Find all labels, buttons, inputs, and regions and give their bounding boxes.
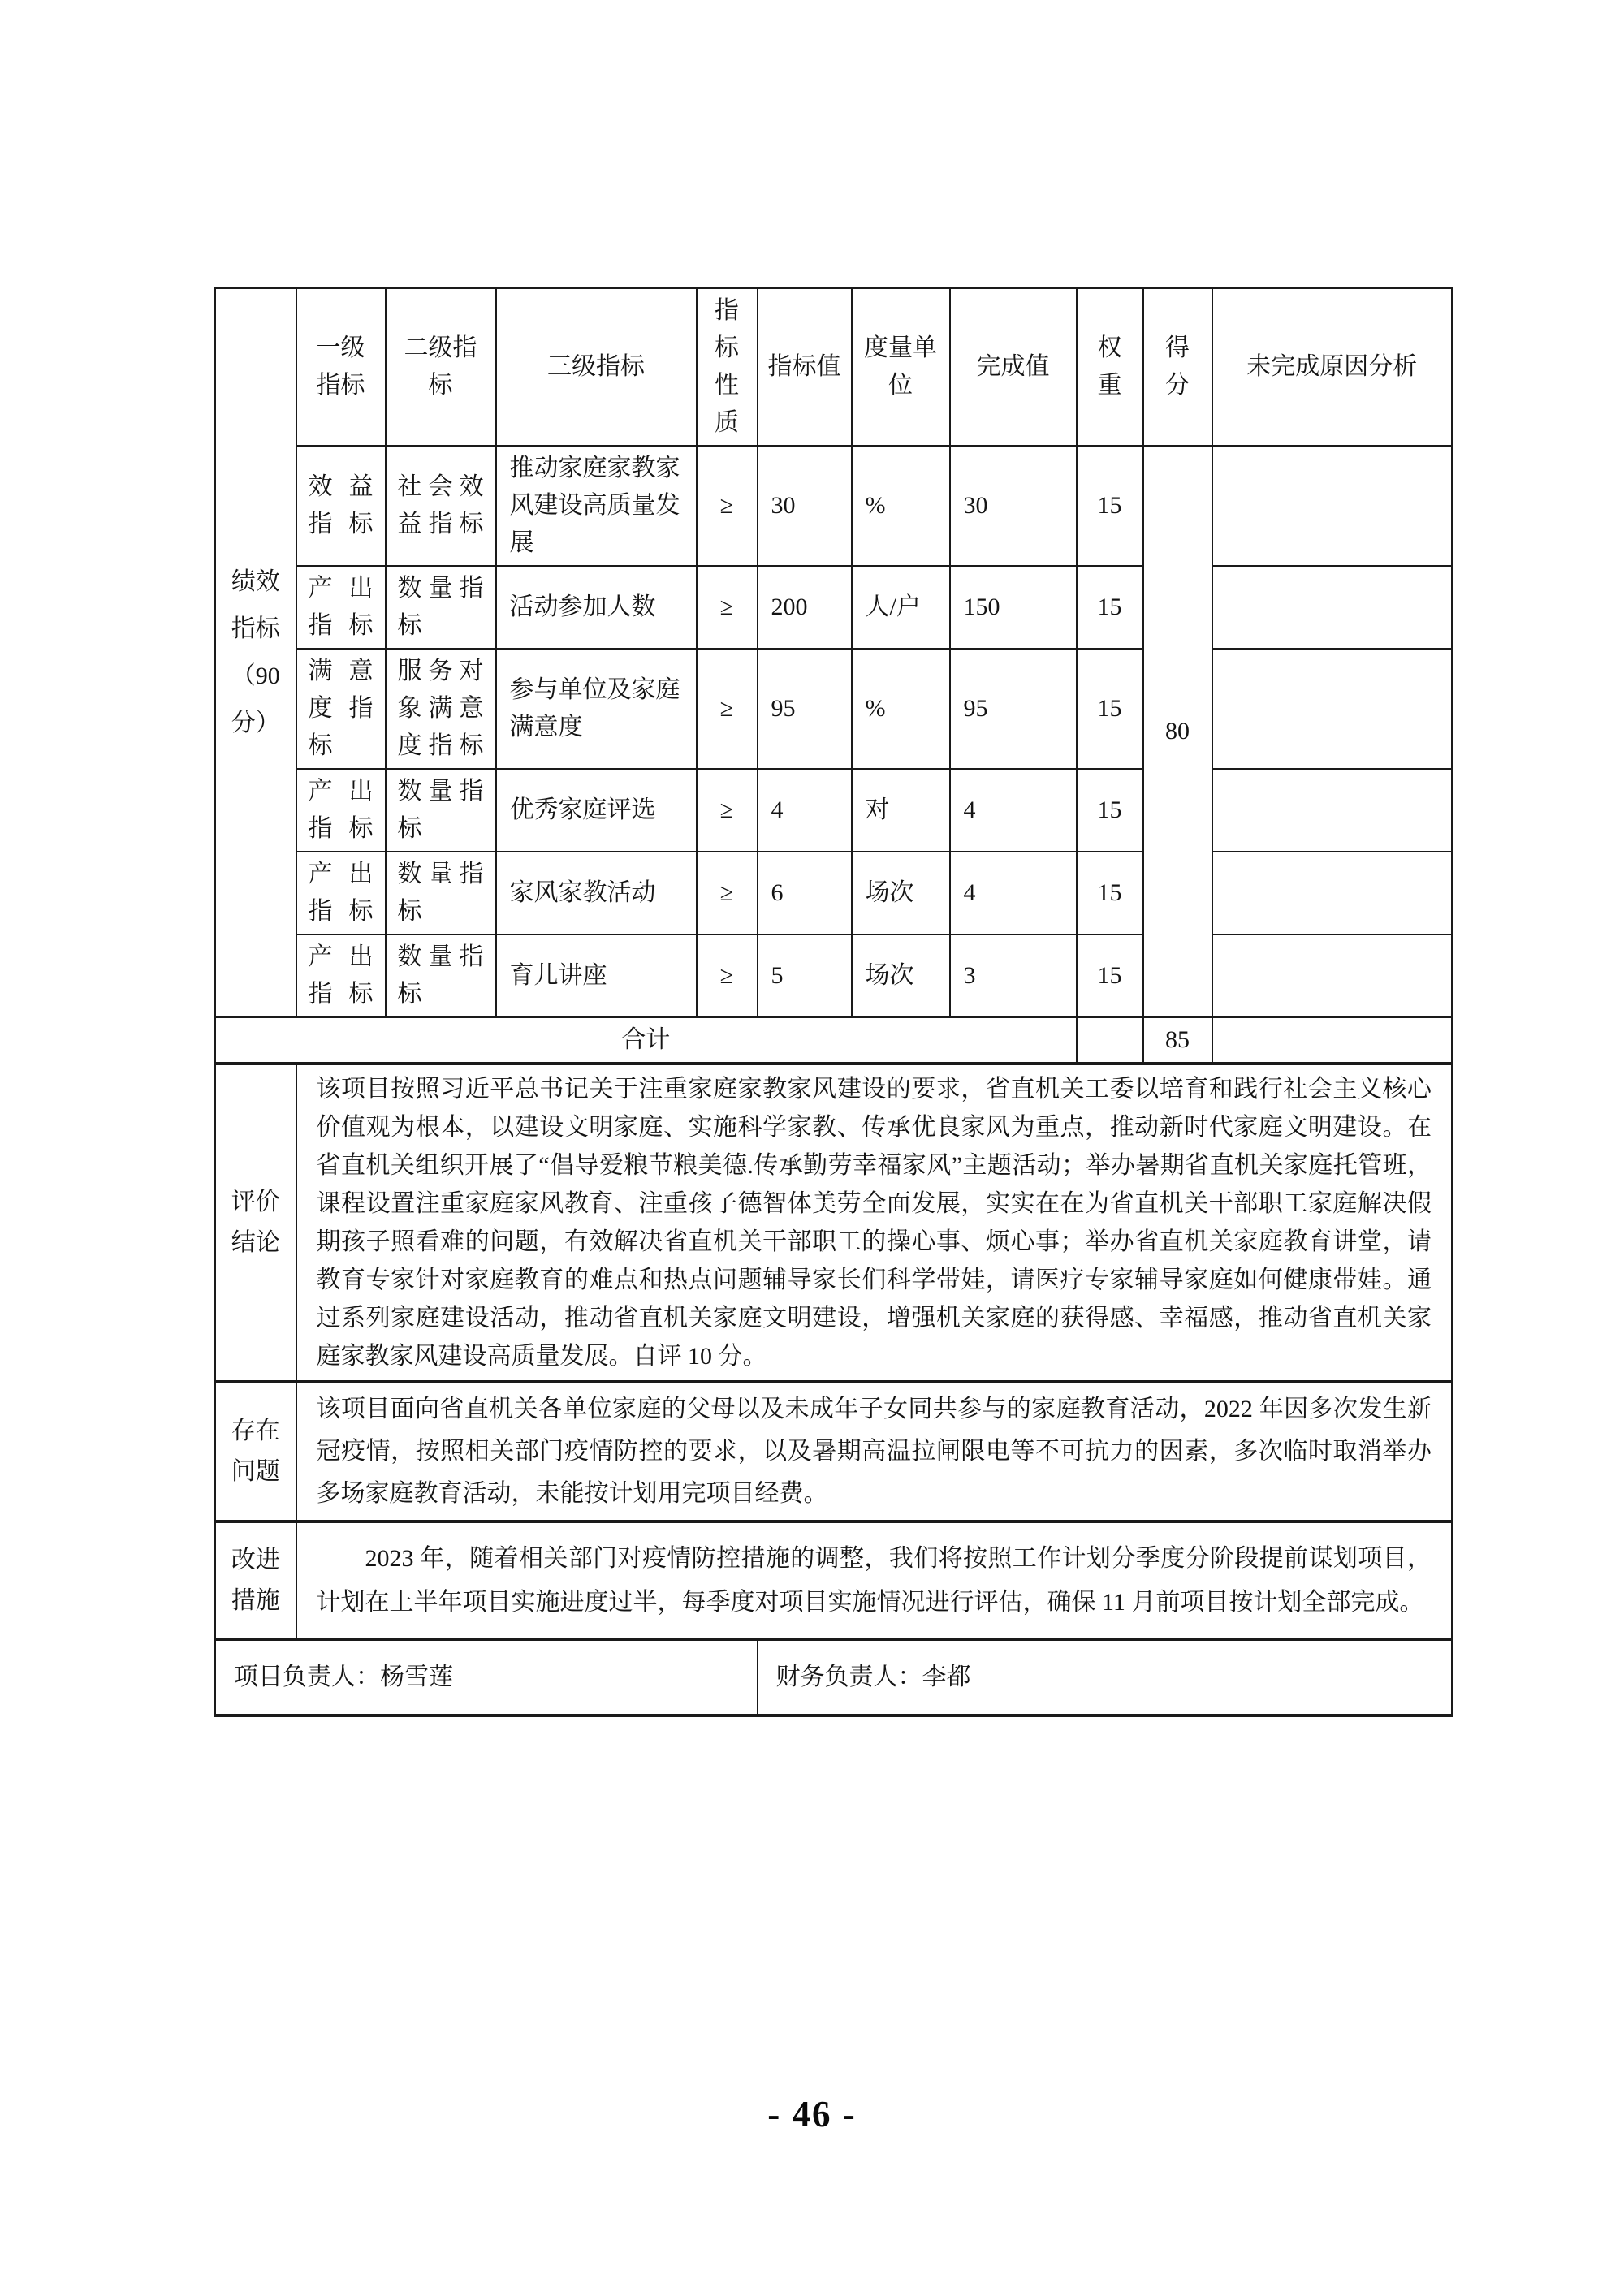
table-row: 产出指标 数量指标 家风家教活动 ≥ 6 场次 4 15 (215, 852, 1453, 934)
header-row: 绩效 指标 （90 分） 一级指标 二级指标 三级指标 指标性质 指标值 度量单… (215, 288, 1453, 447)
header-level2: 二级指标 (386, 288, 496, 447)
section-label: 改进措施 (215, 1521, 296, 1639)
cell-unit: % (852, 446, 950, 566)
cell-nature: ≥ (697, 566, 758, 649)
cell-weight: 15 (1077, 446, 1143, 566)
page-number: - 46 - (0, 2093, 1624, 2135)
cell-unfinished-reason-empty (1212, 566, 1453, 649)
cell-target: 95 (758, 649, 852, 769)
project-lead: 项目负责人：杨雪莲 (215, 1639, 758, 1716)
section-row-evaluation-conclusion: 评价结论 该项目按照习近平总书记关于注重家庭家教家风建设的要求，省直机关工委以培… (215, 1064, 1453, 1382)
cell-level2: 数量指标 (386, 934, 496, 1017)
header-level1: 一级指标 (296, 288, 386, 447)
cell-nature: ≥ (697, 934, 758, 1017)
section-row-improvement-measures: 改进措施 2023 年，随着相关部门对疫情防控措施的调整，我们将按照工作计划分季… (215, 1521, 1453, 1639)
cell-weight: 15 (1077, 852, 1143, 934)
cell-level1: 产出指标 (296, 852, 386, 934)
cell-actual: 4 (950, 769, 1077, 852)
cell-level2: 服务对象满意度指标 (386, 649, 496, 769)
cell-level3: 推动家庭家教家风建设高质量发展 (496, 446, 697, 566)
total-score: 85 (1143, 1017, 1212, 1064)
cell-unfinished-reason-empty (1212, 934, 1453, 1017)
cell-unit: 场次 (852, 852, 950, 934)
cell-weight: 15 (1077, 934, 1143, 1017)
cell-nature: ≥ (697, 649, 758, 769)
document-page: 绩效 指标 （90 分） 一级指标 二级指标 三级指标 指标性质 指标值 度量单… (0, 0, 1624, 2296)
section-text: 该项目按照习近平总书记关于注重家庭家教家风建设的要求，省直机关工委以培育和践行社… (296, 1064, 1453, 1382)
cell-nature: ≥ (697, 769, 758, 852)
cell-weight: 15 (1077, 769, 1143, 852)
table-row: 满意度指标 服务对象满意度指标 参与单位及家庭满意度 ≥ 95 % 95 15 (215, 649, 1453, 769)
cell-unit: 人/户 (852, 566, 950, 649)
cell-target: 4 (758, 769, 852, 852)
header-nature: 指标性质 (697, 288, 758, 447)
cell-level1: 产出指标 (296, 934, 386, 1017)
cell-level3: 优秀家庭评选 (496, 769, 697, 852)
header-weight: 权重 (1077, 288, 1143, 447)
cell-level2: 社会效益指标 (386, 446, 496, 566)
header-unit: 度量单位 (852, 288, 950, 447)
cell-nature: ≥ (697, 852, 758, 934)
cell-level2: 数量指标 (386, 852, 496, 934)
cell-unit: 场次 (852, 934, 950, 1017)
cell-unfinished-reason-empty (1212, 446, 1453, 566)
responsible-row: 项目负责人：杨雪莲 财务负责人：李都 (215, 1639, 1453, 1716)
cell-level2: 数量指标 (386, 566, 496, 649)
cell-unfinished-reason-empty (1212, 649, 1453, 769)
group-label-performance-indicators: 绩效 指标 （90 分） (215, 288, 296, 1018)
cell-level3: 参与单位及家庭满意度 (496, 649, 697, 769)
finance-lead: 财务负责人：李都 (758, 1639, 1453, 1716)
cell-unfinished-reason-empty (1212, 769, 1453, 852)
table-row: 产出指标 数量指标 优秀家庭评选 ≥ 4 对 4 15 (215, 769, 1453, 852)
cell-target: 5 (758, 934, 852, 1017)
cell-level1: 产出指标 (296, 769, 386, 852)
cell-score-merged: 80 (1143, 446, 1212, 1017)
cell-target: 6 (758, 852, 852, 934)
cell-unit: 对 (852, 769, 950, 852)
total-unfinished-reason-empty (1212, 1017, 1453, 1064)
header-level3: 三级指标 (496, 288, 697, 447)
cell-target: 200 (758, 566, 852, 649)
table-row: 产出指标 数量指标 活动参加人数 ≥ 200 人/户 150 15 (215, 566, 1453, 649)
cell-weight: 15 (1077, 649, 1143, 769)
table-row: 效益指标 社会效益指标 推动家庭家教家风建设高质量发展 ≥ 30 % 30 15… (215, 446, 1453, 566)
cell-target: 30 (758, 446, 852, 566)
cell-actual: 30 (950, 446, 1077, 566)
cell-actual: 150 (950, 566, 1077, 649)
cell-level1: 效益指标 (296, 446, 386, 566)
cell-unit: % (852, 649, 950, 769)
cell-level3: 育儿讲座 (496, 934, 697, 1017)
cell-level1: 产出指标 (296, 566, 386, 649)
total-row: 合计 85 (215, 1017, 1453, 1064)
header-unfinished-reason: 未完成原因分析 (1212, 288, 1453, 447)
section-row-existing-problems: 存在问题 该项目面向省直机关各单位家庭的父母以及未成年子女同共参与的家庭教育活动… (215, 1382, 1453, 1521)
total-label: 合计 (215, 1017, 1077, 1064)
header-actual-value: 完成值 (950, 288, 1077, 447)
cell-level3: 活动参加人数 (496, 566, 697, 649)
section-text: 该项目面向省直机关各单位家庭的父母以及未成年子女同共参与的家庭教育活动，2022… (296, 1382, 1453, 1521)
cell-nature: ≥ (697, 446, 758, 566)
header-score: 得分 (1143, 288, 1212, 447)
cell-actual: 95 (950, 649, 1077, 769)
total-weight-empty (1077, 1017, 1143, 1064)
cell-level2: 数量指标 (386, 769, 496, 852)
cell-weight: 15 (1077, 566, 1143, 649)
section-label: 存在问题 (215, 1382, 296, 1521)
section-text: 2023 年，随着相关部门对疫情防控措施的调整，我们将按照工作计划分季度分阶段提… (296, 1521, 1453, 1639)
cell-unfinished-reason-empty (1212, 852, 1453, 934)
table-row: 产出指标 数量指标 育儿讲座 ≥ 5 场次 3 15 (215, 934, 1453, 1017)
cell-actual: 3 (950, 934, 1077, 1017)
performance-evaluation-table: 绩效 指标 （90 分） 一级指标 二级指标 三级指标 指标性质 指标值 度量单… (214, 287, 1453, 1717)
header-target-value: 指标值 (758, 288, 852, 447)
section-label: 评价结论 (215, 1064, 296, 1382)
cell-actual: 4 (950, 852, 1077, 934)
cell-level3: 家风家教活动 (496, 852, 697, 934)
cell-level1: 满意度指标 (296, 649, 386, 769)
